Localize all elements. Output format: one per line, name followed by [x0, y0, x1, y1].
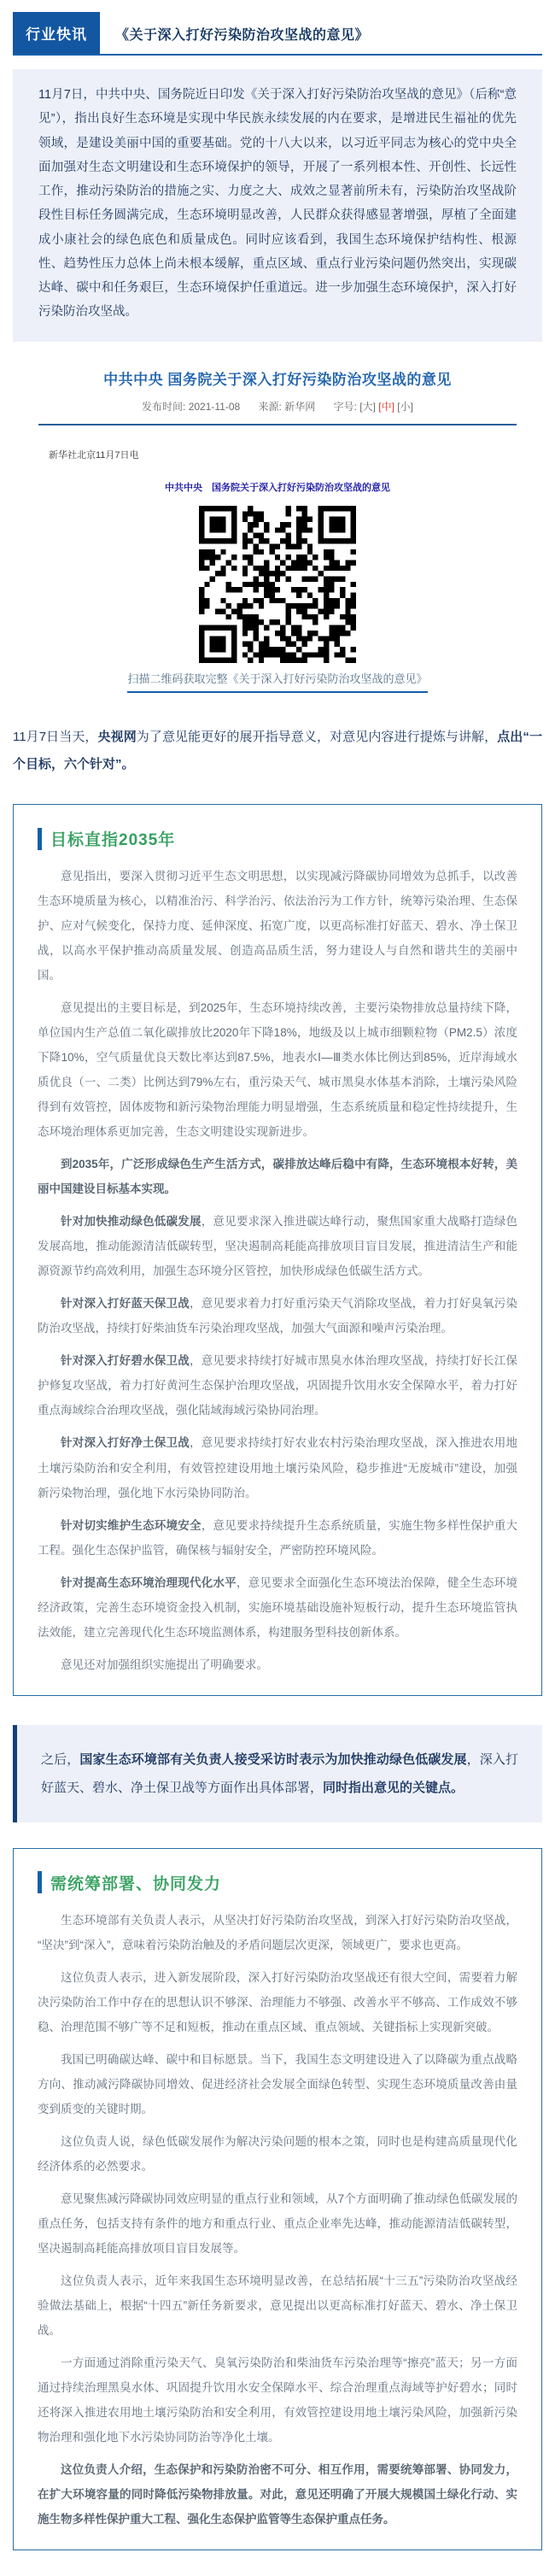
- notice-divider: [38, 424, 517, 425]
- document-link[interactable]: 中共中央 国务院关于深入打好污染防治攻坚战的意见: [38, 480, 517, 494]
- paragraph: 针对加快推动绿色低碳发展，意见要求深入推进碳达峰行动，聚焦国家重大战略打造绿色发…: [38, 1209, 517, 1283]
- text-segment: 这位负责人表示，进入新发展阶段，深入打好污染防治攻坚战还有很大空间，需要着力解决…: [38, 1971, 517, 2033]
- text-segment: 一方面通过消除重污染天气、臭氧污染防治和柴油货车污染治理等“擦亮”蓝天；另一方面…: [38, 2356, 517, 2444]
- ministry-callout: 之后，国家生态环境部有关负责人接受采访时表示为加快推动绿色低碳发展，深入打好蓝天…: [13, 1725, 542, 1822]
- publish-date: 2021-11-08: [189, 401, 241, 413]
- text-segment: 生态环境部有关负责人表示，从坚决打好污染防治攻坚战，到深入打好污染防治攻坚战，“…: [38, 1914, 517, 1951]
- heading-accent-bar: [38, 828, 42, 850]
- text-segment: 之后，: [41, 1752, 79, 1767]
- dateline: 新华社北京11月7日电: [49, 448, 517, 461]
- text-segment: 央视网: [98, 730, 137, 744]
- article-header: 行业快讯 《关于深入打好污染防治攻坚战的意见》: [13, 12, 542, 56]
- section-heading-row: 需统筹部署、协同发力: [38, 1871, 517, 1894]
- text-segment: 这位负责人介绍，生态保护和污染防治密不可分、相互作用，需要统筹部署、协同发力，在…: [38, 2463, 517, 2526]
- paragraph: 这位负责人说，绿色低碳发展作为解决污染问题的根本之策，同时也是构建高质量现代化经…: [38, 2129, 517, 2179]
- fontsize-label: 字号:: [334, 401, 360, 413]
- source-value: 新华网: [284, 401, 315, 413]
- heading-accent-bar: [38, 1871, 42, 1893]
- paragraph: 这位负责人介绍，生态保护和污染防治密不可分、相互作用，需要统筹部署、协同发力，在…: [38, 2457, 517, 2532]
- paragraph: 到2035年，广泛形成绿色生产生活方式，碳排放达峰后稳中有降，生态环境根本好转，…: [38, 1152, 517, 1201]
- paragraph: 这位负责人表示，进入新发展阶段，深入打好污染防治攻坚战还有很大空间，需要着力解决…: [38, 1965, 517, 2039]
- paragraph: 针对深入打好净土保卫战，意见要求持续打好农业农村污染治理攻坚战，深入推进农用地土…: [38, 1430, 517, 1505]
- text-segment: 国家生态环境部有关负责人接受采访时表示为加快推动绿色低碳发展: [79, 1752, 466, 1767]
- font-size-medium-button[interactable]: [中]: [378, 401, 394, 413]
- text-segment: 意见还对加强组织实施提出了明确要求。: [61, 1658, 268, 1671]
- section-heading-row: 目标直指2035年: [38, 827, 517, 850]
- qr-caption-link[interactable]: 扫描二维码获取完整《关于深入打好污染防治攻坚战的意见》: [127, 670, 427, 693]
- source-label: 来源:: [259, 401, 285, 413]
- text-segment: 我国已明确碳达峰、碳中和目标愿景。当下，我国生态文明建设进入了以降碳为重点战略方…: [38, 2053, 517, 2115]
- text-segment: 针对切实维护生态环境安全: [61, 1519, 202, 1532]
- text-segment: 这位负责人说，绿色低碳发展作为解决污染问题的根本之策，同时也是构建高质量现代化经…: [38, 2135, 517, 2173]
- intro-summary-box: 11月7日，中共中央、国务院近日印发《关于深入打好污染防治攻坚战的意见》（后称“…: [13, 69, 542, 342]
- text-segment: 这位负责人表示，近年来我国生态环境明显改善，在总结拓展“十三五”污染防治攻坚战经…: [38, 2274, 517, 2337]
- section-title: 需统筹部署、协同发力: [50, 1871, 221, 1894]
- text-segment: 意见指出，要深入贯彻习近平生态文明思想，以实现减污降碳协同增效为总抓手，以改善生…: [38, 870, 517, 982]
- qr-code-image: [199, 506, 356, 663]
- text-segment: 针对提高生态环境治理现代化水平: [61, 1576, 237, 1589]
- intro-text: 11月7日，中共中央、国务院近日印发《关于深入打好污染防治攻坚战的意见》（后称“…: [38, 88, 517, 319]
- notice-meta: 发布时间: 2021-11-08 来源: 新华网 字号: [大] [中] [小]: [38, 399, 517, 414]
- text-segment: 同时指出意见的关键点。: [323, 1781, 464, 1795]
- section-goal-2035: 目标直指2035年 意见指出，要深入贯彻习近平生态文明思想，以实现减污降碳协同增…: [13, 804, 542, 1695]
- text-segment: 针对深入打好净土保卫战: [61, 1436, 190, 1449]
- paragraph: 意见还对加强组织实施提出了明确要求。: [38, 1652, 517, 1677]
- article-title: 《关于深入打好污染防治攻坚战的意见》: [100, 12, 369, 54]
- paragraph: 这位负责人表示，近年来我国生态环境明显改善，在总结拓展“十三五”污染防治攻坚战经…: [38, 2268, 517, 2343]
- font-size-large-button[interactable]: [大]: [359, 401, 376, 413]
- paragraph: 生态环境部有关负责人表示，从坚决打好污染防治攻坚战，到深入打好污染防治攻坚战，“…: [38, 1908, 517, 1957]
- section-body: 生态环境部有关负责人表示，从坚决打好污染防治攻坚战，到深入打好污染防治攻坚战，“…: [38, 1908, 517, 2532]
- paragraph: 针对深入打好蓝天保卫战，意见要求着力打好重污染天气消除攻坚战，着力打好臭氧污染防…: [38, 1291, 517, 1341]
- paragraph: 一方面通过消除重污染天气、臭氧污染防治和柴油货车污染治理等“擦亮”蓝天；另一方面…: [38, 2350, 517, 2450]
- paragraph: 意见聚焦减污降碳协同效应明显的重点行业和领域，从7个方面明确了推动绿色低碳发展的…: [38, 2186, 517, 2261]
- paragraph: 针对切实维护生态环境安全，意见要求持续提升生态系统质量，实施生物多样性保护重大工…: [38, 1513, 517, 1563]
- section-coordination: 需统筹部署、协同发力 生态环境部有关负责人表示，从坚决打好污染防治攻坚战，到深入…: [13, 1848, 542, 2550]
- text-segment: 意见聚焦减污降碳协同效应明显的重点行业和领域，从7个方面明确了推动绿色低碳发展的…: [38, 2192, 517, 2255]
- paragraph: 意见提出的主要目标是，到2025年，生态环境持续改善，主要污染物排放总量持续下降…: [38, 995, 517, 1144]
- paragraph: 针对深入打好碧水保卫战，意见要求持续打好城市黑臭水体治理攻坚战，持续打好长江保护…: [38, 1348, 517, 1423]
- text-segment: 针对深入打好蓝天保卫战: [61, 1297, 190, 1310]
- text-segment: 意见提出的主要目标是，到2025年，生态环境持续改善，主要污染物排放总量持续下降…: [38, 1001, 517, 1138]
- text-segment: 11月7日当天，: [13, 730, 98, 744]
- embedded-notice-screenshot: 中共中央 国务院关于深入打好污染防治攻坚战的意见 发布时间: 2021-11-0…: [0, 342, 555, 693]
- newsletter-page: 行业快讯 《关于深入打好污染防治攻坚战的意见》 11月7日，中共中央、国务院近日…: [0, 0, 555, 2576]
- paragraph: 意见指出，要深入贯彻习近平生态文明思想，以实现减污降碳协同增效为总抓手，以改善生…: [38, 864, 517, 988]
- text-segment: 到2035年，广泛形成绿色生产生活方式，碳排放达峰后稳中有降，生态环境根本好转，…: [38, 1158, 517, 1195]
- paragraph: 针对提高生态环境治理现代化水平，意见要求全面强化生态环境法治保障，健全生态环境经…: [38, 1570, 517, 1645]
- paragraph: 我国已明确碳达峰、碳中和目标愿景。当下，我国生态文明建设进入了以降碳为重点战略方…: [38, 2047, 517, 2121]
- notice-title: 中共中央 国务院关于深入打好污染防治攻坚战的意见: [38, 367, 517, 389]
- section-title: 目标直指2035年: [50, 827, 175, 850]
- text-segment: 针对加快推动绿色低碳发展: [61, 1215, 202, 1228]
- category-badge: 行业快讯: [13, 12, 100, 54]
- section-body: 意见指出，要深入贯彻习近平生态文明思想，以实现减污降碳协同增效为总抓手，以改善生…: [38, 864, 517, 1676]
- text-segment: 为了意见能更好的展开指导意义，对意见内容进行提炼与讲解，: [137, 730, 497, 744]
- lead-paragraph: 11月7日当天，央视网为了意见能更好的展开指导意义，对意见内容进行提炼与讲解，点…: [13, 724, 542, 779]
- publish-time-label: 发布时间:: [142, 401, 189, 413]
- text-segment: 针对深入打好碧水保卫战: [61, 1354, 190, 1367]
- font-size-small-button[interactable]: [小]: [397, 401, 413, 413]
